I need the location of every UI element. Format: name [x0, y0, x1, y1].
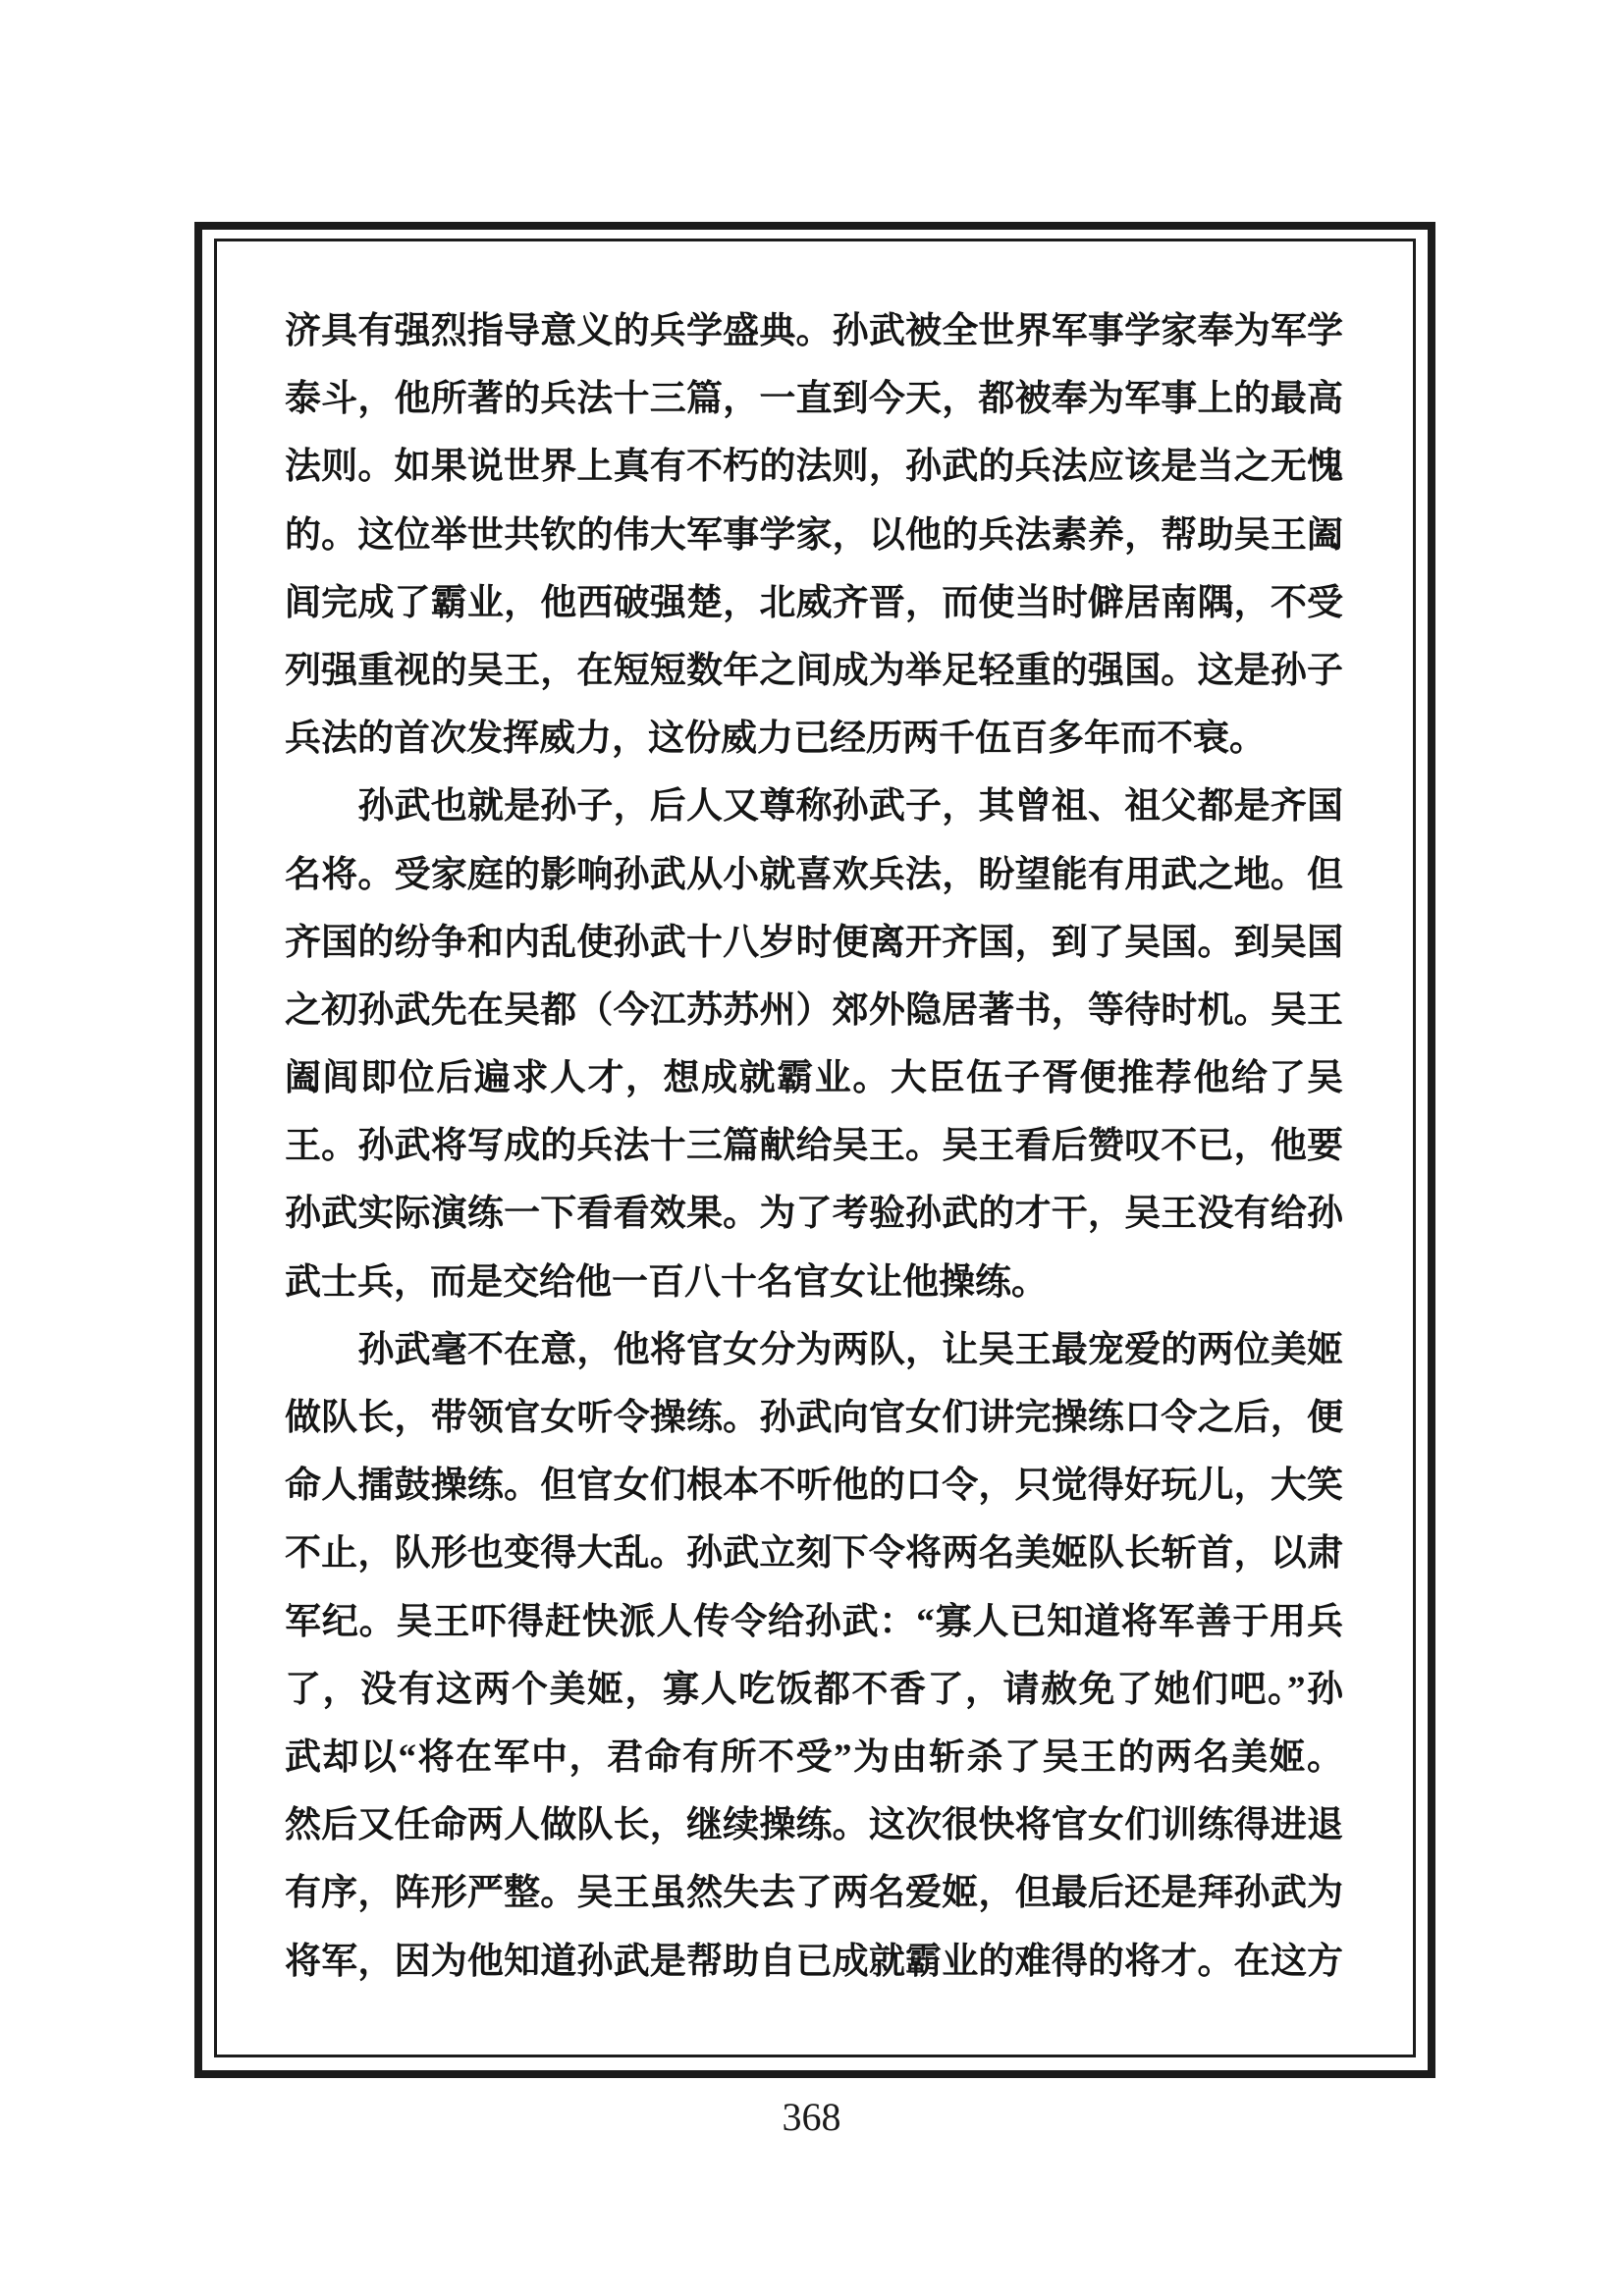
text-line: 孙武毫不在意，他将官女分为两队，让吴王最宠爱的两位美姬 — [285, 1316, 1343, 1384]
text-line: 然后又任命两人做队长，继续操练。这次很快将官女们训练得进退 — [285, 1791, 1343, 1859]
text-line: 有序，阵形严整。吴王虽然失去了两名爱姬，但最后还是拜孙武为 — [285, 1859, 1343, 1927]
text-line: 名将。受家庭的影响孙武从小就喜欢兵法，盼望能有用武之地。但 — [285, 841, 1343, 909]
text-line: 阖闾即位后遍求人才，想成就霸业。大臣伍子胥便推荐他给了吴 — [285, 1044, 1343, 1112]
text-block: 济具有强烈指导意义的兵学盛典。孙武被全世界军事学家奉为军学泰斗，他所著的兵法十三… — [285, 297, 1343, 1996]
text-line: 列强重视的吴王，在短短数年之间成为举足轻重的强国。这是孙子 — [285, 637, 1343, 705]
text-line: 军纪。吴王吓得赶快派人传令给孙武：“寡人已知道将军善于用兵 — [285, 1588, 1343, 1656]
text-line: 兵法的首次发挥威力，这份威力已经历两千伍百多年而不衰。 — [285, 705, 1343, 773]
text-line: 王。孙武将写成的兵法十三篇献给吴王。吴王看后赞叹不已，他要 — [285, 1112, 1343, 1180]
scanned-book-page: 济具有强烈指导意义的兵学盛典。孙武被全世界军事学家奉为军学泰斗，他所著的兵法十三… — [0, 0, 1623, 2296]
text-line: 之初孙武先在吴都（今江苏苏州）郊外隐居著书，等待时机。吴王 — [285, 977, 1343, 1044]
text-line: 闾完成了霸业，他西破强楚，北威齐晋，而使当时僻居南隅，不受 — [285, 569, 1343, 637]
page-number: 368 — [0, 2094, 1623, 2140]
text-line: 不止，队形也变得大乱。孙武立刻下令将两名美姬队长斩首，以肃 — [285, 1520, 1343, 1587]
text-line: 了，没有这两个美姬，寡人吃饭都不香了，请赦免了她们吧。”孙 — [285, 1656, 1343, 1724]
text-line: 做队长，带领官女听令操练。孙武向官女们讲完操练口令之后，便 — [285, 1384, 1343, 1452]
text-line: 齐国的纷争和内乱使孙武十八岁时便离开齐国，到了吴国。到吴国 — [285, 909, 1343, 977]
text-line: 孙武实际演练一下看看效果。为了考验孙武的才干，吴王没有给孙 — [285, 1180, 1343, 1248]
text-line: 法则。如果说世界上真有不朽的法则，孙武的兵法应该是当之无愧 — [285, 433, 1343, 501]
text-line: 武却以“将在军中，君命有所不受”为由斩杀了吴王的两名美姬。 — [285, 1724, 1343, 1791]
text-line: 泰斗，他所著的兵法十三篇，一直到今天，都被奉为军事上的最高 — [285, 365, 1343, 433]
text-line: 武士兵，而是交给他一百八十名官女让他操练。 — [285, 1249, 1343, 1316]
text-line: 的。这位举世共钦的伟大军事学家，以他的兵法素养，帮助吴王阖 — [285, 502, 1343, 569]
text-line: 将军，因为他知道孙武是帮助自已成就霸业的难得的将才。在这方 — [285, 1928, 1343, 1996]
text-line: 济具有强烈指导意义的兵学盛典。孙武被全世界军事学家奉为军学 — [285, 297, 1343, 365]
text-line: 命人擂鼓操练。但官女们根本不听他的口令，只觉得好玩儿，大笑 — [285, 1452, 1343, 1520]
text-line: 孙武也就是孙子，后人又尊称孙武子，其曾祖、祖父都是齐国 — [285, 773, 1343, 840]
